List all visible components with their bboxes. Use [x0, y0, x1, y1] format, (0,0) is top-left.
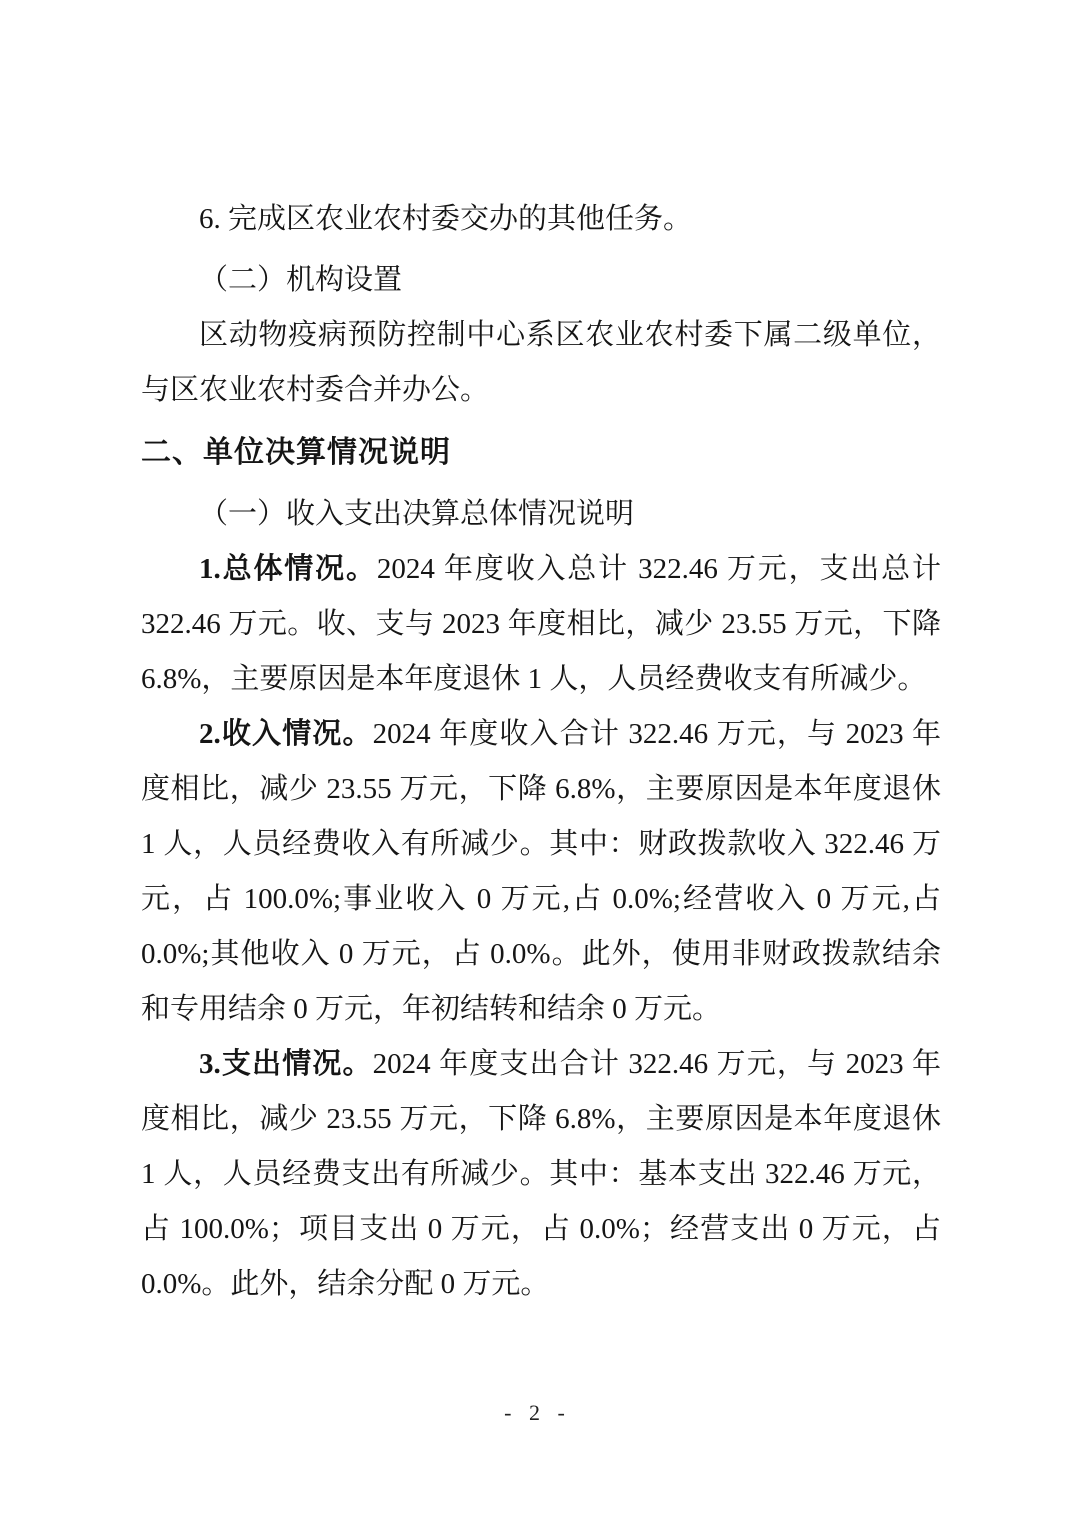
document-page: 6. 完成区农业农村委交办的其他任务。 （二）机构设置 区动物疫病预防控制中心系… — [0, 0, 1075, 1520]
page-number: - 2 - — [0, 1398, 1075, 1428]
income-paragraph-text: 2024 年度收入合计 322.46 万元，与 2023 年度相比，减少 23.… — [141, 718, 941, 1025]
income-paragraph: 2.收入情况。2024 年度收入合计 322.46 万元，与 2023 年度相比… — [141, 707, 941, 1037]
overall-paragraph-lead: 1.总体情况。 — [199, 553, 377, 585]
overall-paragraph: 1.总体情况。2024 年度收入总计 322.46 万元，支出总计 322.46… — [141, 542, 941, 707]
document-body: 6. 完成区农业农村委交办的其他任务。 （二）机构设置 区动物疫病预防控制中心系… — [141, 192, 941, 1312]
expense-paragraph: 3.支出情况。2024 年度支出合计 322.46 万元，与 2023 年度相比… — [141, 1037, 941, 1312]
task-item-6: 6. 完成区农业农村委交办的其他任务。 — [141, 192, 941, 247]
org-setup-paragraph: 区动物疫病预防控制中心系区农业农村委下属二级单位，与区农业农村委合并办公。 — [141, 308, 941, 418]
expense-paragraph-text: 2024 年度支出合计 322.46 万元，与 2023 年度相比，减少 23.… — [141, 1048, 941, 1300]
subsection-1-heading: （一）收入支出决算总体情况说明 — [141, 487, 941, 542]
income-paragraph-lead: 2.收入情况。 — [199, 718, 373, 750]
org-setup-heading: （二）机构设置 — [141, 253, 941, 308]
expense-paragraph-lead: 3.支出情况。 — [199, 1048, 373, 1080]
section-2-heading: 二、单位决算情况说明 — [141, 425, 941, 480]
